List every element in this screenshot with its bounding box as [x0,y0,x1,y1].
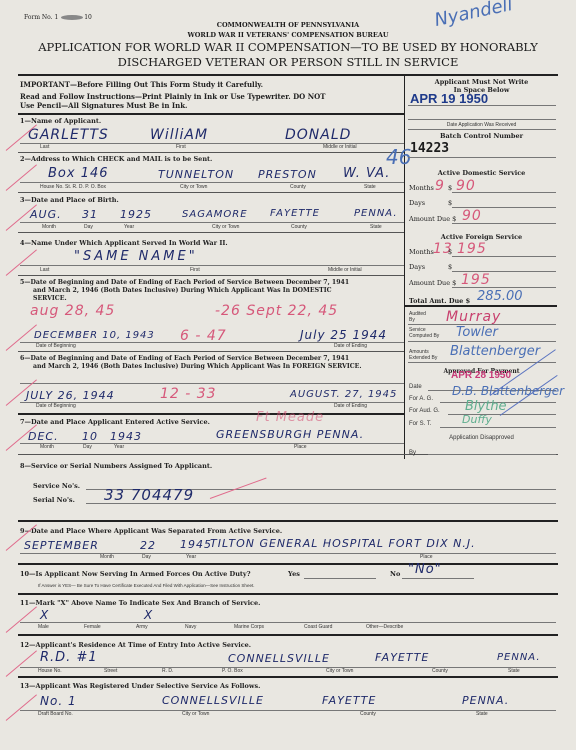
q2-state[interactable]: W. VA. [343,166,390,181]
q1-last-name[interactable]: GARLETTS [28,127,109,143]
audg-signature: Blythe [465,399,507,414]
serial-no-value[interactable]: 33 704479 [104,486,194,504]
audited-label: Audited By [409,311,431,323]
q7-day[interactable]: 10 [82,430,98,443]
check-mark [6,694,37,720]
page-title-line-2: DISCHARGED VETERAN OR PERSON STILL IN SE… [0,55,576,69]
q12-state[interactable]: PENNA. [497,652,541,663]
computed-by: Towler [456,325,498,340]
q7-place[interactable]: GREENSBURGH PENNA. [216,428,364,441]
q5-note-start: aug 28, 45 [30,303,115,319]
form-seal-icon [61,15,83,20]
q3-county[interactable]: FAYETTE [270,208,320,219]
check-mark [6,650,37,676]
option-female[interactable]: Female [84,624,101,630]
mark-army[interactable]: X [144,608,153,622]
q13-label: 13—Applicant Was Registered Under Select… [20,682,260,690]
q2-house[interactable]: Box 146 [48,166,109,181]
no-value[interactable]: "No" [408,562,442,577]
q10-label: 10—Is Applicant Now Serving In Armed For… [20,570,251,578]
foreign-amount-due: 195 [461,272,491,288]
ag-signature: D.B. Blattenberger [452,384,564,398]
received-label: Date Application Was Received [405,122,558,128]
q2-label: 2—Address to Which CHECK and MAIL is to … [20,155,212,163]
q2-city[interactable]: TUNNELTON [158,168,234,181]
q12-label: 12—Applicant's Residence At Time of Entr… [20,641,251,649]
q12-county[interactable]: FAYETTE [375,651,429,664]
q9-day[interactable]: 22 [140,539,156,552]
q7-year[interactable]: 1943 [110,430,142,443]
q12-city[interactable]: CONNELLSVILLE [228,652,330,665]
q3-city[interactable]: SAGAMORE [182,209,248,220]
batch-label: Batch Control Number [405,132,558,140]
batch-number: 14223 [410,141,449,156]
q6-begin-date[interactable]: JULY 26, 1944 [26,389,115,402]
q13-state[interactable]: PENNA. [462,694,509,707]
agency-line-1: COMMONWEALTH OF PENNSYLVANIA [0,21,576,29]
q1-middle-name[interactable]: DONALD [285,127,351,143]
serial-no-label: Serial No's. [33,496,75,504]
q10-note: If Answer is YES— Be Sure To Have Certif… [38,583,254,588]
q7-label: 7—Date and Place Applicant Entered Activ… [20,418,210,426]
instructions-line-2: Read and Follow Instructions—Print Plain… [20,92,325,101]
q13-county[interactable]: FAYETTE [322,694,376,707]
q6-end-date[interactable]: AUGUST. 27, 1945 [290,389,397,400]
q9-year[interactable]: 1945 [180,538,212,551]
received-stamp: APR 19 1950 [410,91,488,106]
instructions-line-1: IMPORTANT—Before Filling Out This Form S… [20,80,263,89]
q3-label: 3—Date and Place of Birth. [20,196,119,204]
q5-note-end: -26 Sept 22, 45 [215,303,338,319]
q12-house[interactable]: R.D. #1 [40,650,98,665]
computed-label: Service Computed By [409,327,443,339]
option-army[interactable]: Army [136,624,148,630]
instructions-line-3: Use Pencil—All Signatures Must Be in Ink… [20,101,188,110]
page-title-line-1: APPLICATION FOR WORLD WAR II COMPENSATIO… [0,40,576,54]
form-number: Form No. 1 10 [24,14,92,21]
by-field[interactable] [428,454,556,455]
q6-label-1: 6—Date of Beginning and Date of Ending o… [20,355,349,362]
check-mark [6,324,37,350]
office-heading-1: Applicant Must Not Write [405,78,558,86]
q4-label: 4—Name Under Which Applicant Served In W… [20,239,228,247]
q5-label-3: SERVICE. [33,295,67,302]
check-mark [6,249,37,275]
foreign-months-amount: 195 [457,241,487,257]
q7-note: Ft Meade [256,410,324,425]
q3-day[interactable]: 31 [82,208,98,221]
yes-field[interactable] [304,578,376,579]
q8-label: 8—Service or Serial Numbers Assigned To … [20,462,212,470]
foreign-heading: Active Foreign Service [405,233,558,241]
approved-stamp: APR 28 1950 [451,370,511,381]
q2-county[interactable]: PRESTON [258,168,317,181]
q5-label-1: 5—Date of Beginning and Date of Ending o… [20,279,349,286]
option-marine-corps[interactable]: Marine Corps [234,624,264,630]
agency-line-2: WORLD WAR II VETERANS' COMPENSATION BURE… [0,31,576,39]
option-male[interactable]: Male [38,624,49,630]
q5-end-date[interactable]: July 25 1944 [300,328,387,342]
check-mark [6,606,37,632]
service-no-label: Service No's. [33,482,80,490]
q11-label: 11—Mark "X" Above Name To Indicate Sex A… [20,599,260,607]
q13-board[interactable]: No. 1 [40,694,77,708]
option-coast-guard[interactable]: Coast Guard [304,624,332,630]
q9-month[interactable]: SEPTEMBER [24,539,99,552]
q3-state[interactable]: PENNA. [354,208,398,219]
disapproved-label: Application Disapproved [405,435,558,441]
q9-place[interactable]: TILTON GENERAL HOSPITAL FORT DIX N.J. [210,537,476,550]
total-label: Total Amt. Due $ [409,297,470,305]
q9-label: 9—Date and Place Where Applicant Was Sep… [20,527,282,535]
no-label: No [390,570,400,578]
compensation-application-form: Form No. 1 10 COMMONWEALTH OF PENNSYLVAN… [0,0,576,750]
q1-first-name[interactable]: WilliAM [150,127,208,143]
st-signature: Duffy [462,413,492,426]
header-divider [18,74,558,76]
extended-label: Amounts Extended By [409,349,439,361]
extended-by: Blattenberger [450,344,540,359]
audited-by: Murray [446,309,501,325]
q4-served-name[interactable]: "SAME NAME" [74,249,198,264]
q6-duration: 12 - 33 [160,386,217,402]
domestic-heading: Active Domestic Service [405,169,558,177]
q13-city[interactable]: CONNELLSVILLE [162,694,264,707]
q3-year[interactable]: 1925 [120,208,152,221]
q3-month[interactable]: AUG. [30,208,62,221]
q1-label: 1—Name of Applicant. [20,117,101,125]
yes-label: Yes [288,570,300,578]
q5-begin-date[interactable]: DECEMBER 10, 1943 [34,330,155,341]
check-mark [6,164,37,190]
option-navy[interactable]: Navy [185,624,196,630]
option-other[interactable]: Other—Describe [366,624,403,630]
domestic-amount-due: 90 [462,208,482,224]
q5-label-2: and March 2, 1946 (Both Dates Inclusive)… [33,287,332,294]
q6-label-2: and March 2, 1946 (Both Dates Inclusive)… [33,363,362,370]
total-amount: 285.00 [477,289,523,304]
q7-month[interactable]: DEC. [28,430,59,443]
domestic-months: 9 [435,178,445,194]
mark-male[interactable]: X [40,608,49,622]
